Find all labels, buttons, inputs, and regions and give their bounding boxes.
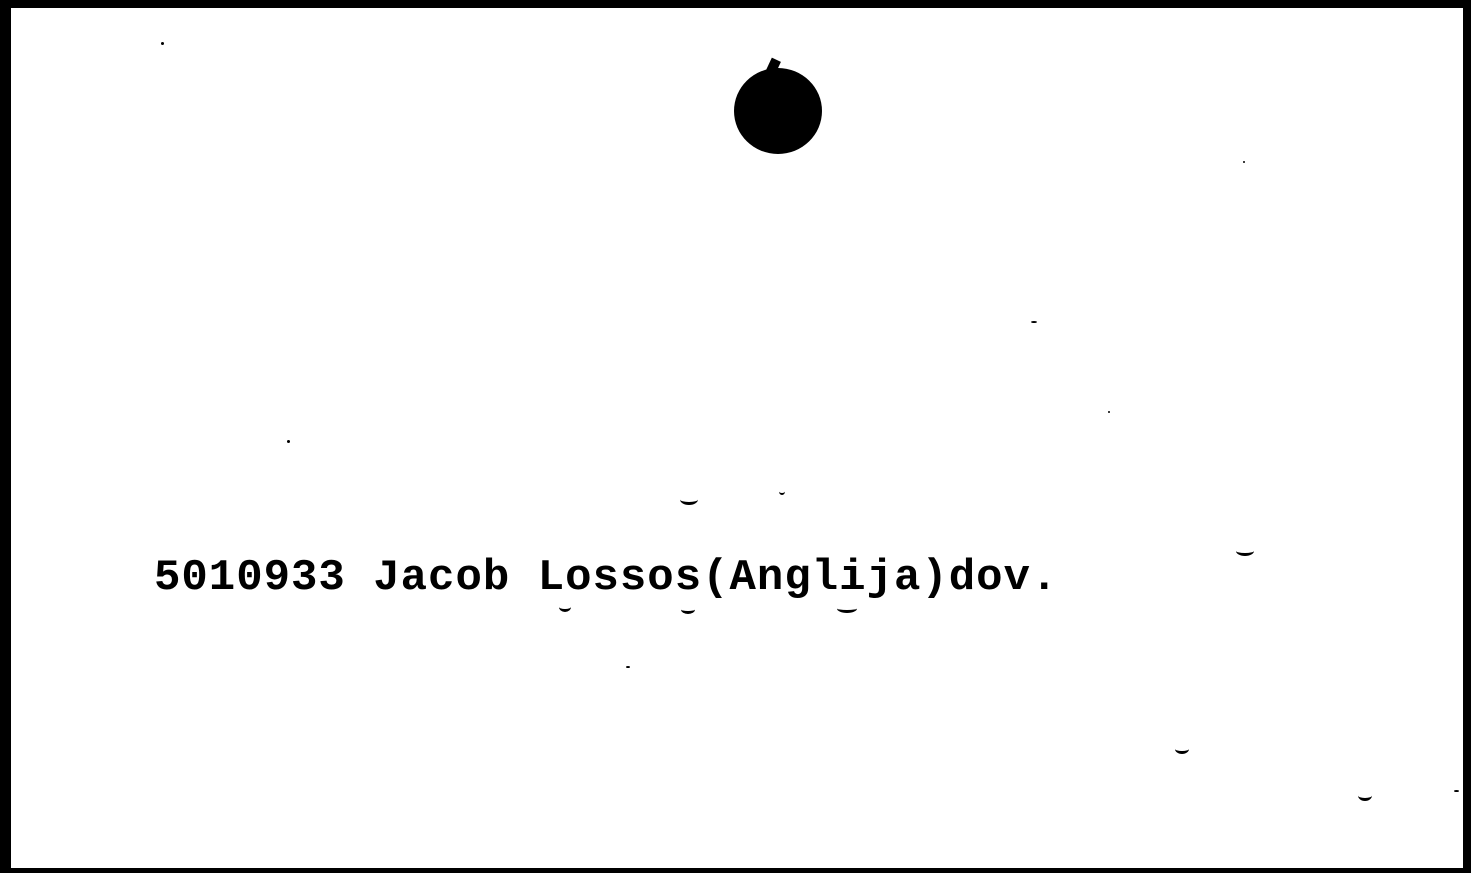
stray-mark [559, 602, 571, 612]
speck [1108, 411, 1110, 413]
stray-mark [837, 604, 857, 613]
speck [287, 440, 290, 443]
speck [1454, 790, 1459, 792]
speck [1243, 161, 1245, 163]
surname: Lossos [538, 553, 702, 603]
country: (Anglija) [702, 553, 949, 603]
punch-hole [734, 68, 822, 154]
record-number: 5010933 [154, 553, 346, 603]
given-name: Jacob [373, 553, 510, 603]
stray-mark [1236, 546, 1254, 556]
stray-mark [779, 488, 785, 495]
annotation: dov. [949, 553, 1059, 603]
stray-mark [1175, 744, 1189, 754]
stray-mark [1358, 790, 1372, 801]
speck [626, 666, 630, 668]
speck [161, 42, 164, 45]
stray-mark [680, 494, 698, 505]
stray-mark [681, 605, 695, 614]
speck [778, 147, 781, 150]
index-card: 5010933 Jacob Lossos(Anglija)dov. [11, 8, 1463, 868]
typed-entry: 5010933 Jacob Lossos(Anglija)dov. [154, 556, 1058, 600]
speck [1031, 321, 1037, 323]
